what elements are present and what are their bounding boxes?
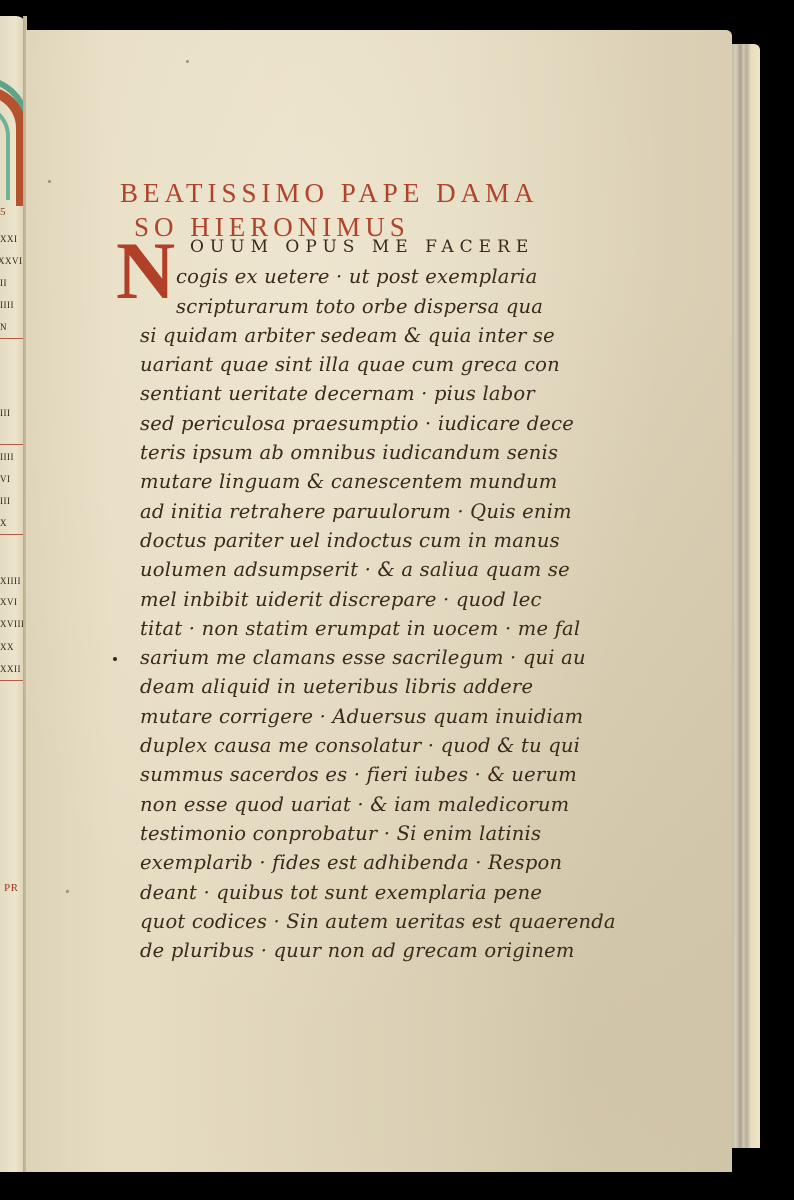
- canon-numeral: X: [0, 518, 7, 528]
- rubric-abbrev: PR: [4, 882, 18, 894]
- text-line: exemplarib · fides est adhibenda · Respo…: [140, 848, 600, 877]
- canon-numeral: XXII: [0, 664, 21, 674]
- canon-numeral: XIIII: [0, 576, 21, 586]
- text-line: non esse quod uariat · & iam maledicorum: [140, 790, 600, 819]
- stain: [186, 60, 189, 63]
- text-line: mutare linguam & canescentem mundum: [140, 467, 600, 496]
- canon-numeral: XVIII: [0, 619, 25, 629]
- text-line: mel inbibit uiderit discrepare · quod le…: [140, 585, 600, 614]
- text-line: sed periculosa praesumptio · iudicare de…: [140, 409, 600, 438]
- manuscript-text: OUUM OPUS ME FACERE cogis ex uetere · ut…: [140, 233, 600, 965]
- canon-numeral: XVI: [0, 597, 18, 607]
- canon-numeral: IIII: [0, 452, 14, 462]
- text-line: de pluribus · quur non ad grecam origine…: [140, 936, 600, 965]
- text-line: titat · non statim erumpat in uocem · me…: [140, 614, 600, 643]
- book-fore-edge: [730, 44, 760, 1148]
- canon-numeral: XXI: [0, 234, 18, 244]
- stain: [66, 890, 69, 893]
- text-line: duplex causa me consolatur · quod & tu q…: [140, 731, 600, 760]
- canon-numeral: II: [0, 278, 7, 288]
- text-line: uolumen adsumpserit · & a saliua quam se: [140, 555, 600, 584]
- stain: [48, 180, 51, 183]
- canon-numeral: XX: [0, 642, 14, 652]
- text-line: quot codices · Sin autem ueritas est qua…: [140, 907, 600, 936]
- canon-numeral: 5: [0, 206, 6, 218]
- canon-numeral: N: [0, 322, 7, 332]
- text-line: doctus pariter uel indoctus cum in manus: [140, 526, 600, 555]
- text-line: ad initia retrahere paruulorum · Quis en…: [140, 497, 600, 526]
- text-line: sarium me clamans esse sacrilegum · qui …: [140, 643, 600, 672]
- text-line: uariant quae sint illa quae cum greca co…: [140, 350, 600, 379]
- canon-numeral: IIII: [0, 300, 14, 310]
- heading-line-1: BEATISSIMO PAPE DAMA: [120, 178, 539, 208]
- text-line: OUUM OPUS ME FACERE: [140, 233, 600, 262]
- text-line: cogis ex uetere · ut post exemplaria: [140, 262, 600, 291]
- text-line: testimonio conprobatur · Si enim latinis: [140, 819, 600, 848]
- canon-numeral: VI: [0, 474, 11, 484]
- margin-mark: [113, 657, 117, 661]
- text-line: teris ipsum ab omnibus iudicandum senis: [140, 438, 600, 467]
- text-line: deant · quibus tot sunt exemplaria pene: [140, 878, 600, 907]
- text-line: mutare corrigere · Aduersus quam inuidia…: [140, 702, 600, 731]
- text-line: deam aliquid in ueteribus libris addere: [140, 672, 600, 701]
- text-line: scripturarum toto orbe dispersa qua: [140, 292, 600, 321]
- canon-numeral: III: [0, 408, 11, 418]
- text-line: summus sacerdos es · fieri iubes · & uer…: [140, 760, 600, 789]
- canon-numeral: III: [0, 496, 11, 506]
- text-line: si quidam arbiter sedeam & quia inter se: [140, 321, 600, 350]
- text-line: sentiant ueritate decernam · pius labor: [140, 379, 600, 408]
